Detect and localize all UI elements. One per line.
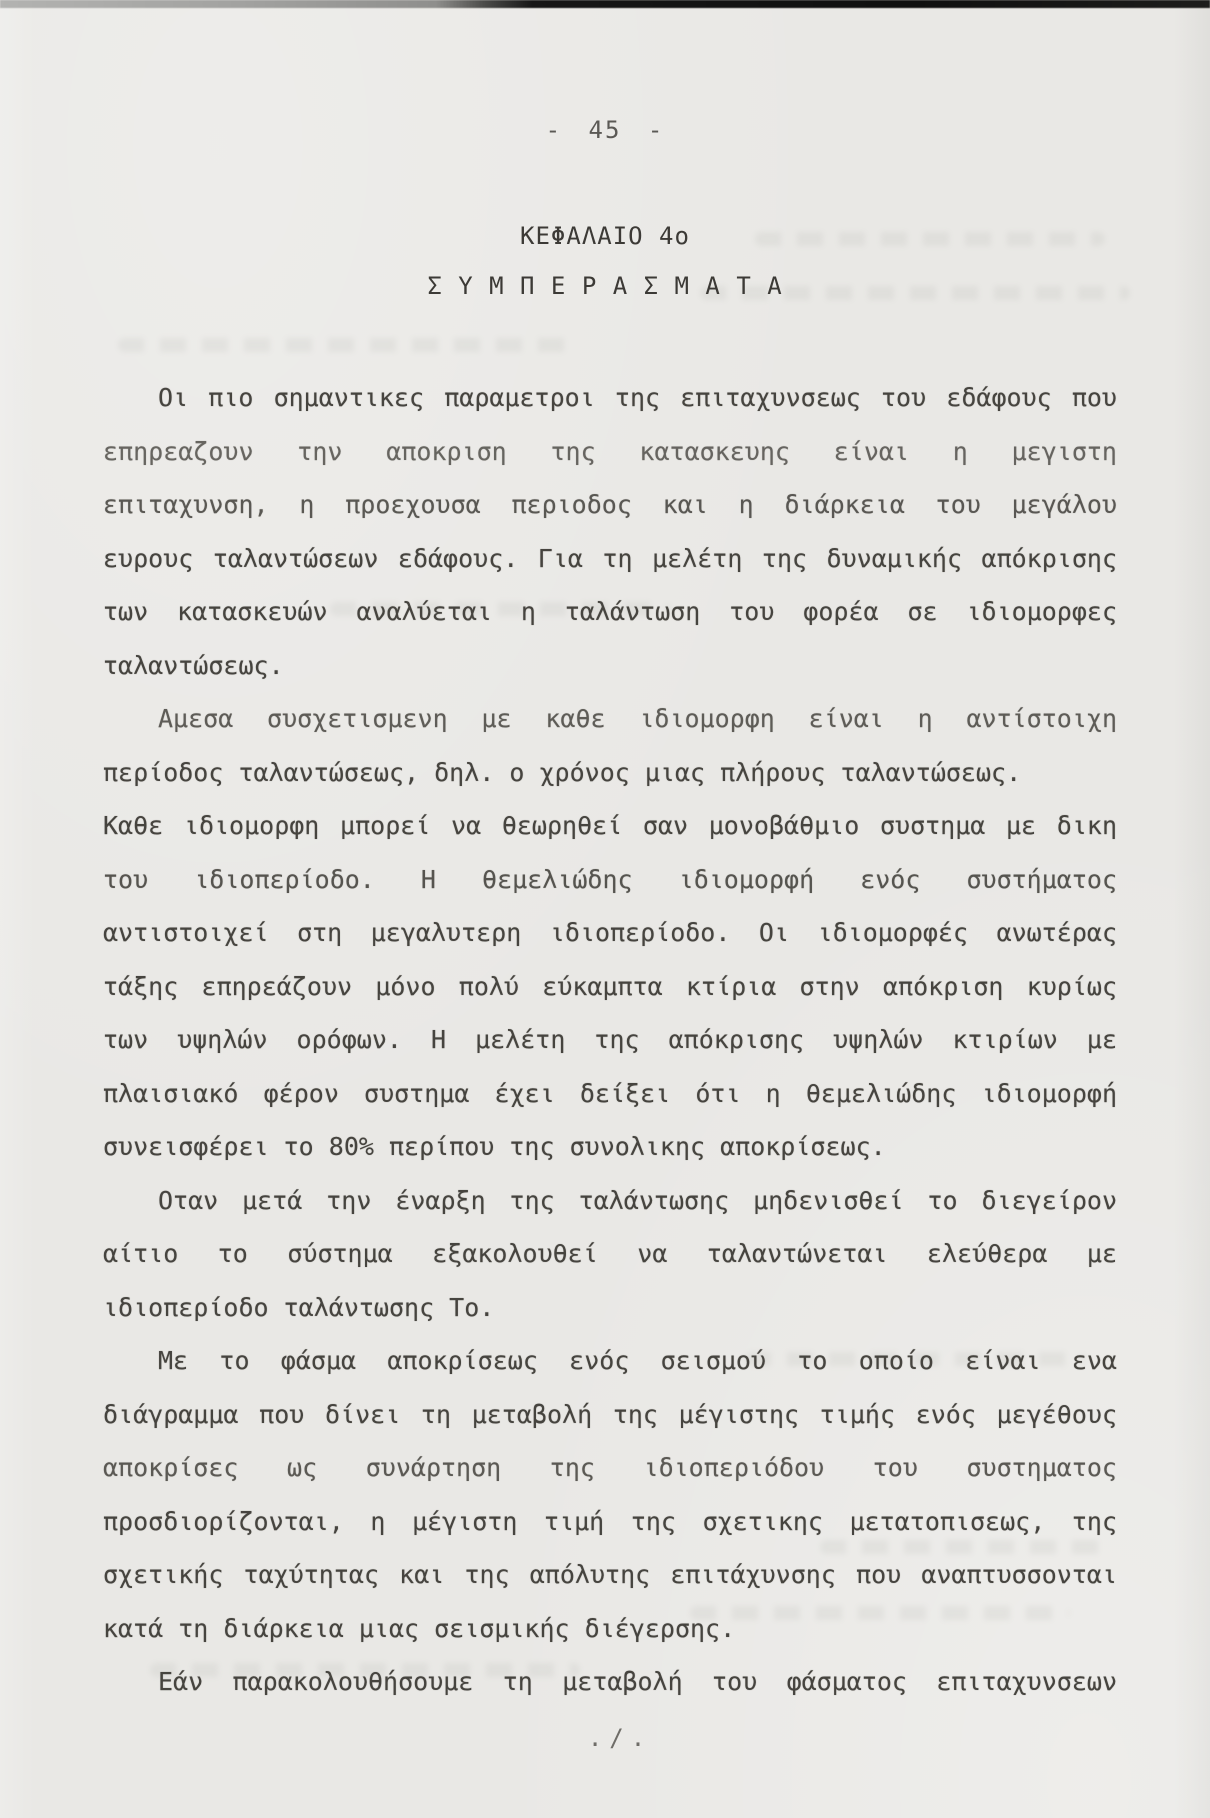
section-heading: Σ Υ Μ Π Ε Ρ Α Σ Μ Α Τ Α bbox=[0, 272, 1210, 300]
text-line: Με το φάσμα αποκρίσεως ενός σεισμού το ο… bbox=[103, 1334, 1117, 1388]
text-line: διάγραμμα που δίνει τη μεταβολή της μέγι… bbox=[103, 1388, 1117, 1442]
text-line: του ιδιοπερίοδο. Η θεμελιώδης ιδιομορφή … bbox=[103, 853, 1117, 907]
text-line: πλαισιακό φέρον συστημα έχει δείξει ότι … bbox=[103, 1067, 1117, 1121]
text-line: αποκρίσες ως συνάρτηση της ιδιοπεριόδου … bbox=[103, 1441, 1117, 1495]
continuation-mark: ./. bbox=[15, 1724, 1210, 1752]
text-line: ευρους ταλαντώσεων εδάφους. Για τη μελέτ… bbox=[103, 532, 1117, 586]
text-line: προσδιορίζονται, η μέγιστη τιμή της σχετ… bbox=[103, 1495, 1117, 1549]
text-line: Οταν μετά την έναρξη της ταλάντωσης μηδε… bbox=[103, 1174, 1117, 1228]
chapter-heading: ΚΕΦΑΛΑΙΟ 4ο bbox=[0, 222, 1210, 250]
text-line: αντιστοιχεί στη μεγαλυτερη ιδιοπερίοδο. … bbox=[103, 906, 1117, 960]
text-line: αίτιο το σύστημα εξακολουθεί να ταλαντών… bbox=[103, 1227, 1117, 1281]
text-line: ταλαντώσεως. bbox=[103, 639, 1117, 693]
text-line: ιδιοπερίοδο ταλάντωσης Το. bbox=[103, 1281, 1117, 1335]
body-text: Οι πιο σημαντικες παραμετροι της επιταχυ… bbox=[103, 371, 1117, 1709]
text-line: των υψηλών ορόφων. Η μελέτη της απόκριση… bbox=[103, 1013, 1117, 1067]
text-line: Καθε ιδιομορφη μπορεί να θεωρηθεί σαν μο… bbox=[103, 799, 1117, 853]
text-line: κατά τη διάρκεια μιας σεισμικής διέγερση… bbox=[103, 1602, 1117, 1656]
text-line: σχετικής ταχύτητας και της απόλυτης επιτ… bbox=[103, 1548, 1117, 1602]
scan-artifact bbox=[118, 338, 578, 352]
scan-edge-bar bbox=[0, 0, 1210, 8]
text-line: τάξης επηρεάζουν μόνο πολύ εύκαμπτα κτίρ… bbox=[103, 960, 1117, 1014]
text-line: Αμεσα συσχετισμενη με καθε ιδιομορφη είν… bbox=[103, 692, 1117, 746]
text-line: συνεισφέρει το 80% περίπου της συνολικης… bbox=[103, 1120, 1117, 1174]
text-line: επιταχυνση, η προεχουσα περιοδος και η δ… bbox=[103, 478, 1117, 532]
page-number: - 45 - bbox=[0, 116, 1210, 144]
text-line: Οι πιο σημαντικες παραμετροι της επιταχυ… bbox=[103, 371, 1117, 425]
text-line: των κατασκευών αναλύεται η ταλάντωση του… bbox=[103, 585, 1117, 639]
scanned-document-page: { "colors": { "paper": "#e9e8e5", "ink":… bbox=[0, 0, 1210, 1818]
text-line: περίοδος ταλαντώσεως, δηλ. ο χρόνος μιας… bbox=[103, 746, 1117, 800]
text-line: επηρεαζουν την αποκριση της κατασκευης ε… bbox=[103, 425, 1117, 479]
text-line: Εάν παρακολουθήσουμε τη μεταβολή του φάσ… bbox=[103, 1655, 1117, 1709]
